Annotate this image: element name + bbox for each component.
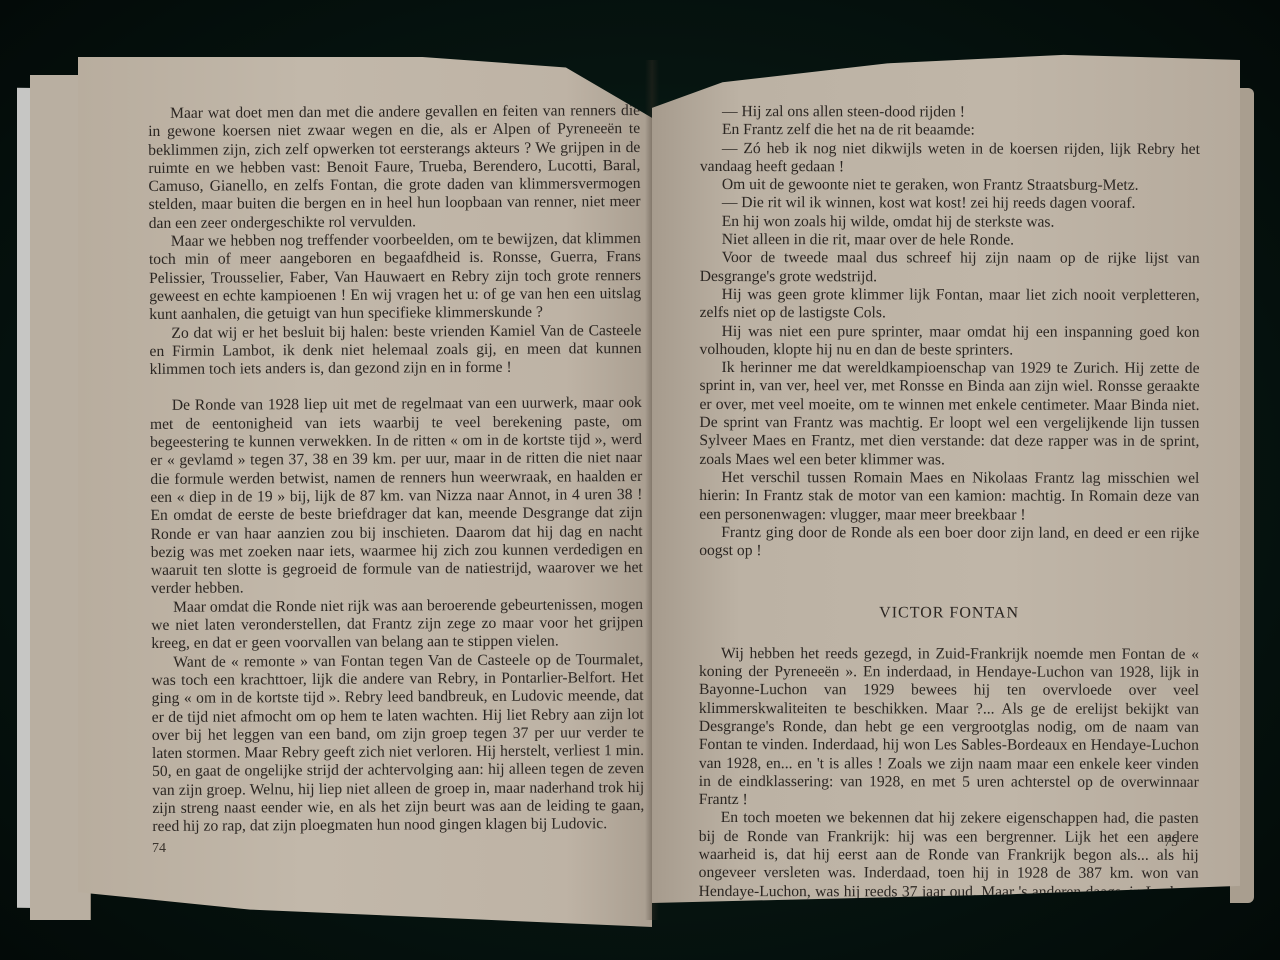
right-page-body: — Hij zal ons allen steen-dood rijden ! …	[699, 103, 1200, 938]
paragraph: Wij hebben het reeds gezegd, in Zuid-Fra…	[699, 645, 1199, 811]
paragraph: Om uit de gewoonte niet te geraken, won …	[700, 176, 1200, 195]
paragraph: — Hij zal ons allen steen-dood rijden !	[700, 103, 1200, 122]
paragraph: — Zó heb ik nog niet dikwijls weten in d…	[700, 140, 1200, 177]
page-number-left: 74	[152, 841, 166, 857]
paragraph: Ik herinner me dat wereldkampioenschap v…	[699, 359, 1199, 470]
paragraph: Maar wat doet men dan met die andere gev…	[148, 102, 641, 233]
paragraph: Hij was geen grote klimmer lijk Fontan, …	[700, 286, 1200, 323]
page-number-right: 75	[1164, 835, 1178, 851]
section-heading: VICTOR FONTAN	[699, 604, 1199, 623]
paragraph: Niet alleen in die rit, maar over de hel…	[700, 231, 1200, 250]
left-page-body: Maar wat doet men dan met die andere gev…	[148, 102, 644, 837]
paragraph: Het verschil tussen Romain Maes en Nikol…	[699, 469, 1199, 525]
paragraph: Maar we hebben nog treffender voorbeelde…	[149, 230, 642, 324]
paragraph: En Frantz zelf die het na de rit beaamde…	[700, 121, 1200, 140]
paragraph: Hij was niet een pure sprinter, maar omd…	[700, 323, 1200, 360]
paragraph: Maar omdat die Ronde niet rijk was aan b…	[151, 596, 643, 654]
paragraph: Frantz ging door de Ronde als een boer d…	[699, 524, 1199, 561]
paragraph: En hij won zoals hij wilde, omdat hij de…	[700, 213, 1200, 232]
paragraph: — Die rit wil ik winnen, kost wat kost! …	[700, 194, 1200, 213]
paragraph: De Ronde van 1928 liep uit met de regelm…	[150, 394, 643, 598]
paragraph: Want de « remonte » van Fontan tegen Van…	[151, 651, 644, 837]
paragraph: Zo dat wij er het besluit bij halen: bes…	[149, 322, 641, 380]
paragraph: Voor de tweede maal dus schreef hij zijn…	[700, 249, 1200, 286]
right-page: — Hij zal ons allen steen-dood rijden ! …	[652, 48, 1240, 903]
left-page: Maar wat doet men dan met die andere gev…	[78, 57, 652, 927]
